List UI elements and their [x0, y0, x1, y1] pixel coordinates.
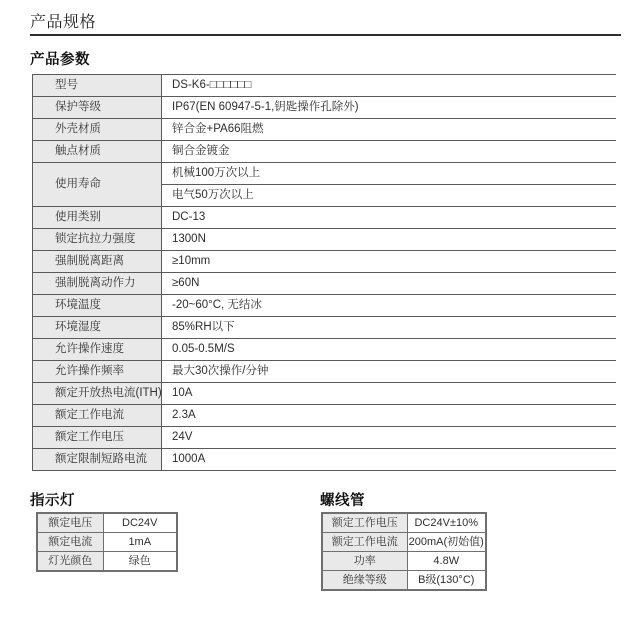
row-value: 4.8W	[407, 552, 486, 571]
row-label: 额定工作电压	[322, 513, 407, 533]
row-value: 铜合金镀金	[162, 141, 617, 163]
row-label: 强制脱离距离	[33, 251, 162, 273]
row-label: 外壳材质	[33, 119, 162, 141]
table-row: 额定工作电流 2.3A	[33, 405, 617, 427]
table-row: 绝缘等级 B级(130°C)	[322, 571, 486, 591]
row-value: DC24V	[103, 513, 177, 533]
table-row: 额定工作电流 200mA(初始值)	[322, 533, 486, 552]
row-label: 额定开放热电流(ITH)	[33, 383, 162, 405]
table-row: 额定限制短路电流 1000A	[33, 449, 617, 471]
table-row: 允许操作频率 最大30次操作/分钟	[33, 361, 617, 383]
row-label: 环境湿度	[33, 317, 162, 339]
row-value: 2.3A	[162, 405, 617, 427]
row-label: 功率	[322, 552, 407, 571]
product-parameters-table: 型号 DS-K6-□□□□□□ 保护等级 IP67(EN 60947-5-1,钥…	[32, 74, 616, 471]
row-value: 0.05-0.5M/S	[162, 339, 617, 361]
row-value: 电气50万次以上	[162, 185, 617, 207]
table-row: 外壳材质 锌合金+PA66阻燃	[33, 119, 617, 141]
section-heading-solenoid: 螺线管	[320, 489, 365, 510]
row-label: 锁定抗拉力强度	[33, 229, 162, 251]
row-label: 强制脱离动作力	[33, 273, 162, 295]
table-row: 额定工作电压 24V	[33, 427, 617, 449]
title-divider	[30, 34, 621, 36]
row-value: ≥60N	[162, 273, 617, 295]
table-row: 允许操作速度 0.05-0.5M/S	[33, 339, 617, 361]
page-title: 产品规格	[30, 9, 96, 32]
row-value: ≥10mm	[162, 251, 617, 273]
table-row: 环境温度 -20~60°C, 无结冰	[33, 295, 617, 317]
row-value: DC24V±10%	[407, 513, 486, 533]
row-label: 额定工作电流	[33, 405, 162, 427]
row-value: 1mA	[103, 533, 177, 552]
table-row: 触点材质 铜合金镀金	[33, 141, 617, 163]
row-label: 灯光颜色	[37, 552, 103, 572]
row-value: 机械100万次以上	[162, 163, 617, 185]
section-heading-parameters: 产品参数	[30, 48, 90, 69]
row-value: -20~60°C, 无结冰	[162, 295, 617, 317]
table-row: 额定电流 1mA	[37, 533, 177, 552]
row-value: 200mA(初始值)	[407, 533, 486, 552]
row-label: 环境温度	[33, 295, 162, 317]
row-value: 最大30次操作/分钟	[162, 361, 617, 383]
table-row: 保护等级 IP67(EN 60947-5-1,钥匙操作孔除外)	[33, 97, 617, 119]
table-row: 灯光颜色 绿色	[37, 552, 177, 572]
row-value: DS-K6-□□□□□□	[162, 75, 617, 97]
row-value: 10A	[162, 383, 617, 405]
table-row: 强制脱离距离 ≥10mm	[33, 251, 617, 273]
row-value: 85%RH以下	[162, 317, 617, 339]
row-label: 额定电压	[37, 513, 103, 533]
row-label: 额定工作电压	[33, 427, 162, 449]
table-row: 强制脱离动作力 ≥60N	[33, 273, 617, 295]
row-value: 绿色	[103, 552, 177, 572]
table-row: 使用寿命 机械100万次以上	[33, 163, 617, 185]
section-heading-indicator-light: 指示灯	[30, 489, 75, 510]
row-value: 24V	[162, 427, 617, 449]
row-label: 触点材质	[33, 141, 162, 163]
row-label: 型号	[33, 75, 162, 97]
table-row: 环境湿度 85%RH以下	[33, 317, 617, 339]
row-value: DC-13	[162, 207, 617, 229]
row-label: 允许操作速度	[33, 339, 162, 361]
table-row: 使用类别 DC-13	[33, 207, 617, 229]
table-row: 功率 4.8W	[322, 552, 486, 571]
row-label: 绝缘等级	[322, 571, 407, 591]
spec-sheet-page: 产品规格 产品参数 型号 DS-K6-□□□□□□ 保护等级 IP67(EN 6…	[0, 0, 625, 642]
row-label: 使用类别	[33, 207, 162, 229]
row-label: 允许操作频率	[33, 361, 162, 383]
row-label: 使用寿命	[33, 163, 162, 207]
row-label: 额定工作电流	[322, 533, 407, 552]
table-row: 额定电压 DC24V	[37, 513, 177, 533]
solenoid-table: 额定工作电压 DC24V±10% 额定工作电流 200mA(初始值) 功率 4.…	[321, 512, 487, 591]
row-value: B级(130°C)	[407, 571, 486, 591]
indicator-light-table: 额定电压 DC24V 额定电流 1mA 灯光颜色 绿色	[36, 512, 178, 572]
row-value: 锌合金+PA66阻燃	[162, 119, 617, 141]
row-label: 额定电流	[37, 533, 103, 552]
table-row: 型号 DS-K6-□□□□□□	[33, 75, 617, 97]
row-value: IP67(EN 60947-5-1,钥匙操作孔除外)	[162, 97, 617, 119]
table-row: 锁定抗拉力强度 1300N	[33, 229, 617, 251]
table-row: 额定开放热电流(ITH) 10A	[33, 383, 617, 405]
row-label: 额定限制短路电流	[33, 449, 162, 471]
row-value: 1300N	[162, 229, 617, 251]
row-label: 保护等级	[33, 97, 162, 119]
row-value: 1000A	[162, 449, 617, 471]
table-row: 额定工作电压 DC24V±10%	[322, 513, 486, 533]
